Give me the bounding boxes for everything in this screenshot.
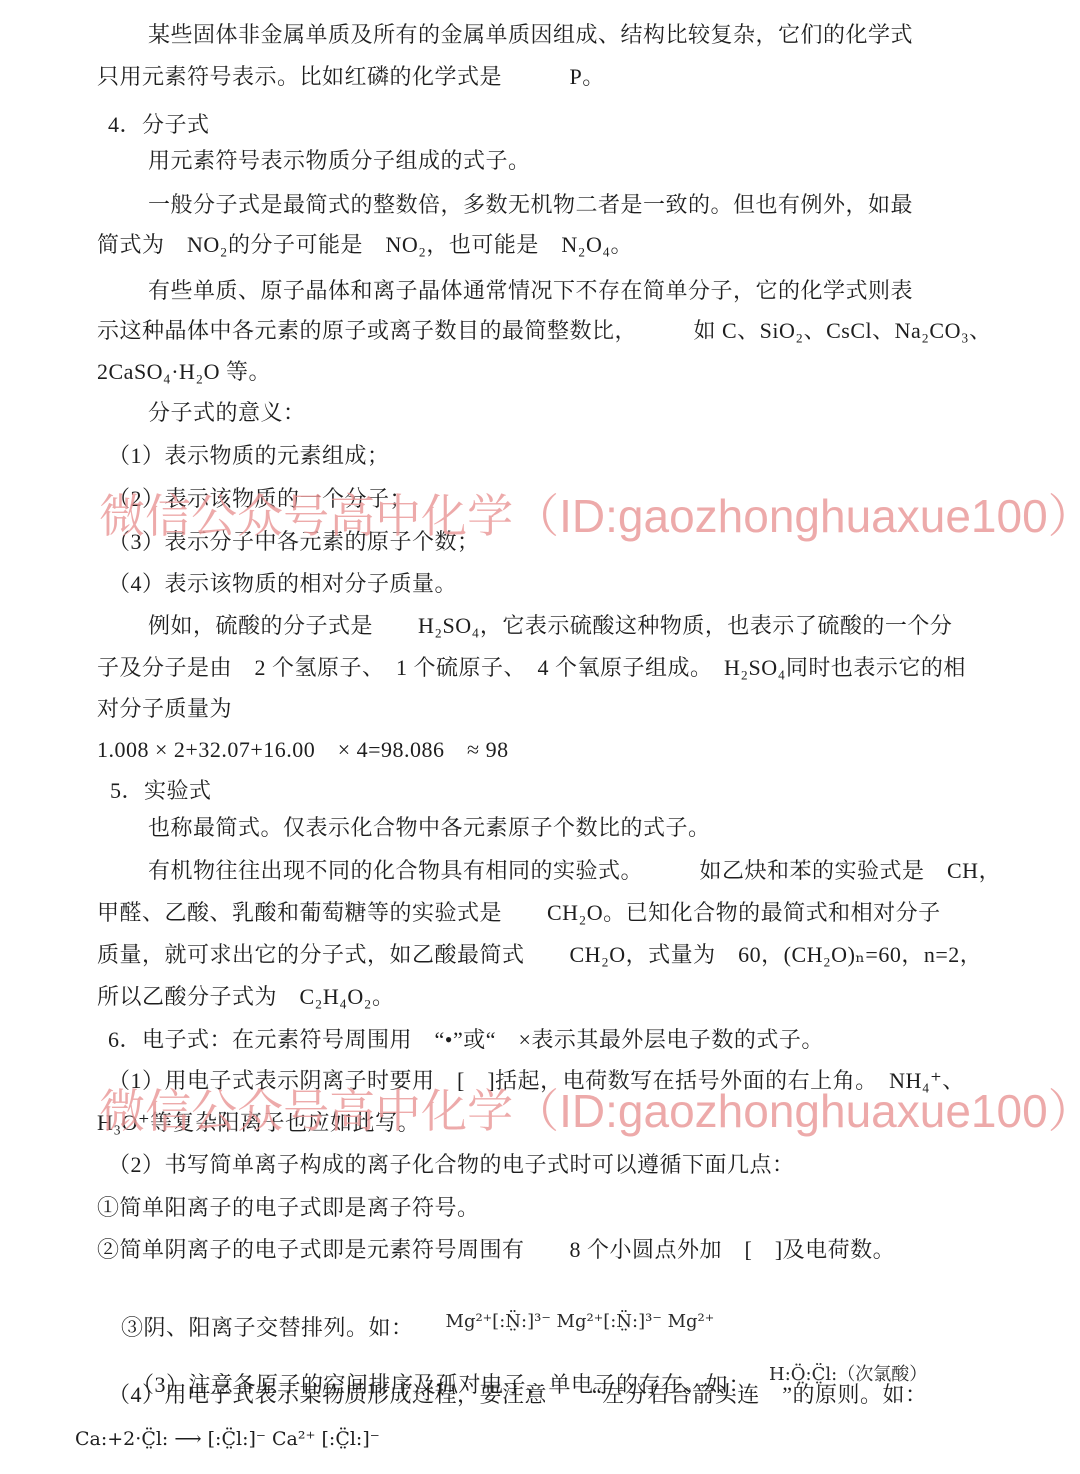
paragraph-line: 甲醛、乙酸、乳酸和葡萄糖等的实验式是 CH₂O。已知化合物的最简式和相对分子 [97, 898, 941, 928]
paragraph-line: 质量，就可求出它的分子式，如乙酸最简式 CH₂O，式量为 60，(CH₂O)ₙ=… [97, 940, 982, 970]
paragraph-line: 例如，硫酸的分子式是 H₂SO₄，它表示硫酸这种物质，也表示了硫酸的一个分 [148, 611, 952, 641]
paragraph-line: 分子式的意义： [148, 398, 306, 428]
list-item-1: （1）表示物质的元素组成； [108, 441, 390, 471]
paragraph-line: 某些固体非金属单质及所有的金属单质因组成、结构比较复杂，它们的化学式 [148, 20, 913, 50]
list-item-4: （4）用电子式表示某物质形成过程，要注意 “左分右合箭头连 ”的原则。如： [108, 1380, 928, 1410]
paragraph-line: 2CaSO₄·H₂O 等。 [97, 357, 271, 387]
electron-formula-mg3n2: Mg²⁺[:N̤̈:]³⁻ Mg²⁺[:N̤̈:]³⁻ Mg²⁺ [446, 1311, 715, 1332]
list-item-4: （4）表示该物质的相对分子质量。 [108, 569, 457, 599]
electron-formula-cacl2: Ca:+2·C̤̈l: ⟶ [:C̤̈l:]⁻ Ca²⁺ [:C̤̈l:]⁻ [75, 1424, 380, 1454]
line-label: ③阴、阳离子交替排列。如： [121, 1315, 414, 1340]
section-heading-4: 4．分子式 [108, 110, 210, 140]
paragraph-line: 一般分子式是最简式的整数倍，多数无机物二者是一致的。但也有例外，如最 [148, 190, 913, 220]
paragraph-line: 也称最简式。仅表示化合物中各元素原子个数比的式子。 [148, 813, 711, 843]
section-heading-5: 5．实验式 [110, 776, 212, 806]
section-heading-6: 6．电子式：在元素符号周围用 “•”或“ ×表示其最外层电子数的式子。 [108, 1025, 824, 1055]
molar-mass-calculation: 1.008 × 2+32.07+16.00 × 4=98.086 ≈ 98 [97, 735, 509, 765]
circled-item-2: ②简单阴离子的电子式即是元素符号周围有 8 个小圆点外加 [ ]及电荷数。 [97, 1235, 895, 1265]
list-item-2: （2）表示该物质的一个分子； [108, 484, 412, 514]
paragraph-line: 对分子质量为 [97, 694, 232, 724]
paragraph-line: 简式为 NO₂的分子可能是 NO₂，也可能是 N₂O₄。 [97, 230, 633, 260]
circled-item-1: ①简单阳离子的电子式即是离子符号。 [97, 1193, 480, 1223]
paragraph-line: 有机物往往出现不同的化合物具有相同的实验式。 如乙炔和苯的实验式是 CH， [148, 856, 1001, 886]
list-item-2: （2）书写简单离子构成的离子化合物的电子式时可以遵循下面几点： [108, 1150, 795, 1180]
list-item-3: （3）表示分子中各元素的原子个数； [108, 527, 480, 557]
paragraph-line: 子及分子是由 2 个氢原子、 1 个硫原子、 4 个氧原子组成。 H₂SO₄同时… [97, 653, 966, 683]
paragraph-line: 示这种晶体中各元素的原子或离子数目的最简整数比， 如 C、SiO₂、CsCl、N… [97, 316, 992, 346]
paragraph-line: 有些单质、原子晶体和离子晶体通常情况下不存在简单分子，它的化学式则表 [148, 276, 913, 306]
paragraph-line: 用元素符号表示物质分子组成的式子。 [148, 146, 531, 176]
list-item-1: （1）用电子式表示阴离子时要用 [ ]括起，电荷数写在括号外面的右上角。 NH₄… [108, 1066, 965, 1096]
paragraph-line: 只用元素符号表示。比如红磷的化学式是 P。 [97, 62, 605, 92]
paragraph-line: H₃O⁺等复杂阳离子也应如此写。 [97, 1108, 420, 1138]
document-page: 某些固体非金属单质及所有的金属单质因组成、结构比较复杂，它们的化学式 只用元素符… [0, 0, 1080, 1474]
paragraph-line: 所以乙酸分子式为 C₂H₄O₂。 [97, 982, 394, 1012]
